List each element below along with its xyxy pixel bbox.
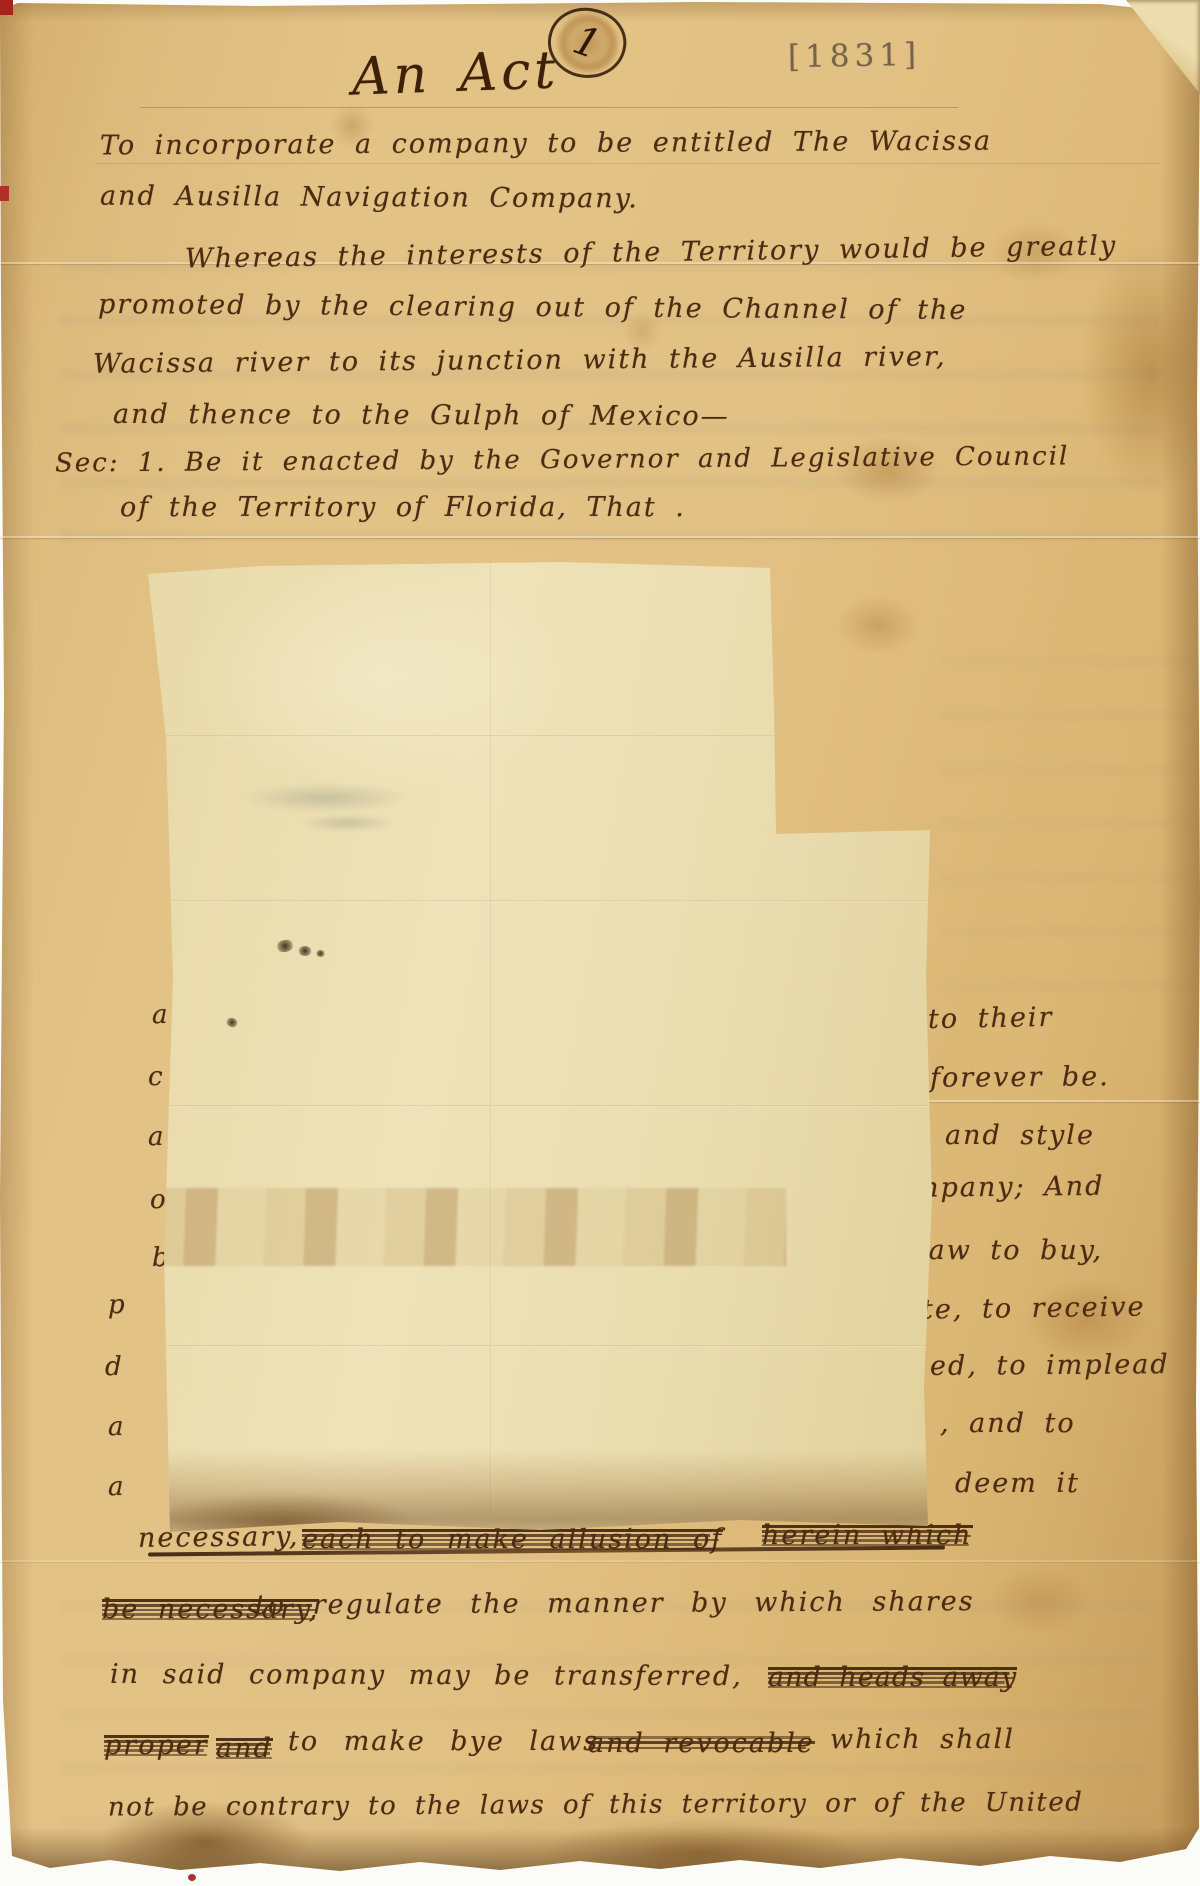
page-title: An Act [351, 40, 560, 107]
ink-smudge [298, 946, 312, 956]
ruled-line [95, 163, 1160, 164]
fragment-right: to their [928, 1002, 1054, 1035]
bottom-line: to regulate the manner by which shares [255, 1586, 975, 1621]
patch-fold [140, 900, 935, 902]
year-annotation: [1831] [788, 37, 922, 75]
fragment-left: a [152, 1000, 170, 1030]
patch-fold [490, 558, 492, 1516]
scanned-document: 1 [1831] An Act To incorporate a company… [0, 0, 1200, 1886]
struck-text: and revocable [588, 1728, 815, 1759]
fragment-left: d [105, 1352, 124, 1382]
body-line: To incorporate a company to be entitled … [100, 126, 992, 162]
water-stain-band [146, 1188, 786, 1266]
scan-speck [0, 186, 9, 201]
patch-fold [140, 1105, 935, 1107]
body-line: promoted by the clearing out of the Chan… [98, 289, 968, 326]
fragment-right: te, to receive [922, 1291, 1146, 1325]
struck-text: and [216, 1733, 273, 1764]
fold-crease [0, 536, 1200, 538]
bottom-line: not be contrary to the laws of this terr… [108, 1787, 1084, 1822]
body-line: and thence to the Gulph of Mexico— [113, 399, 730, 432]
fragment-left: p [108, 1290, 127, 1320]
scan-speck [0, 0, 13, 15]
fragment-left: c [148, 1062, 165, 1092]
fragment-left: a [108, 1412, 126, 1442]
fold-crease [0, 1560, 1200, 1562]
fold-crease [925, 1100, 1200, 1102]
bottom-line: which shall [830, 1724, 1015, 1755]
fragment-right: forever be. [930, 1061, 1110, 1094]
page-number: 1 [567, 17, 607, 69]
pencil-smear [240, 783, 410, 813]
ink-smudge [316, 950, 325, 957]
bottom-line: to make bye laws [288, 1726, 599, 1757]
fragment-right: , and to [940, 1408, 1076, 1439]
fragment-left: a [148, 1122, 166, 1152]
pencil-smear [300, 814, 395, 832]
bottom-line: in said company may be transferred, [110, 1659, 743, 1692]
patch-fold [140, 1345, 935, 1347]
fragment-right: ed, to implead [930, 1349, 1170, 1382]
fragment-right: and style [945, 1120, 1095, 1151]
fragment-left: a [108, 1472, 126, 1502]
struck-text: and heads away [768, 1662, 1017, 1693]
ink-smudge [225, 1016, 239, 1029]
fragment-right: deem it [955, 1468, 1080, 1499]
ruled-line [140, 107, 958, 108]
ink-smudge [275, 938, 295, 953]
body-line: and Ausilla Navigation Company. [100, 181, 639, 215]
body-line: of the Territory of Florida, That . [120, 492, 686, 523]
ink-bleedthrough-right [940, 620, 1190, 1000]
struck-text: proper [104, 1730, 209, 1761]
fragment-right: law to buy, [918, 1235, 1103, 1266]
scan-speck [188, 1874, 196, 1881]
